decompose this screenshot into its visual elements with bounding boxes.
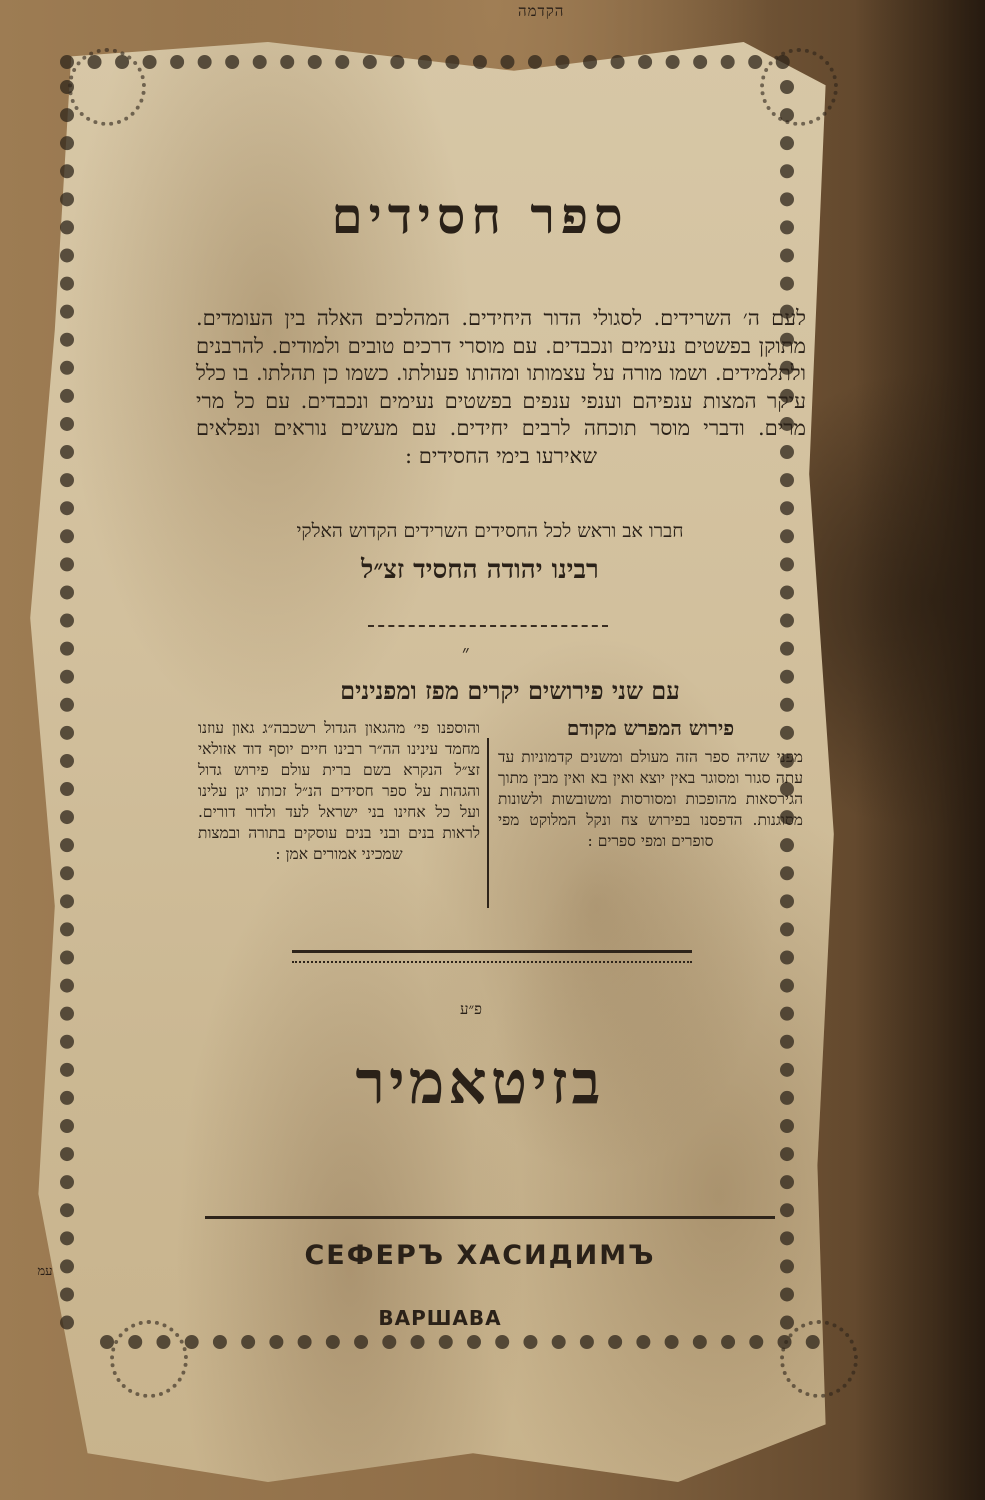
printer-abbreviation: פ״ע [460,1000,482,1019]
russian-city: ВАРШАВА [290,1306,590,1330]
commentary-column-right: פירוש המפרש מקודם מפני שהיה ספר הזה מעול… [498,718,803,852]
commentary-column-left: והוספנו פי׳ מהגאון הגדול רשכבה״ג גאון עו… [198,718,480,865]
column-heading: פירוש המפרש מקודם [498,718,803,739]
binding-shadow [855,0,985,1500]
title-page-content: ספר חסידים לעם ה׳ השרידים. לסגולי הדור ה… [0,0,985,1500]
small-glyph: ״ [462,640,470,665]
book-title: ספר חסידים [200,186,760,245]
russian-title: СЕФЕРЪ ХАСИДИМЪ [200,1240,760,1271]
column-text: והוספנו פי׳ מהגאון הגדול רשכבה״ג גאון עו… [198,718,480,865]
author-line-1: חברו אב וראש לכל החסידים השרידים הקדוש ה… [180,520,800,543]
place-of-print-hebrew: בזיטאמיר [200,1048,760,1118]
horizontal-rule [205,1216,775,1219]
description-paragraph: לעם ה׳ השרידים. לסגולי הדור היחידים. המה… [196,305,806,470]
commentaries-subtitle: עם שני פירושים יקרים מפז ומפנינים [230,676,790,706]
column-divider [487,738,489,908]
ornamental-rule [292,950,692,963]
author-name: רבינו יהודה החסיד זצ״ל [200,555,760,585]
wavy-divider [368,625,608,633]
column-text: מפני שהיה ספר הזה מעולם ומשנים קדמוניות … [498,747,803,852]
